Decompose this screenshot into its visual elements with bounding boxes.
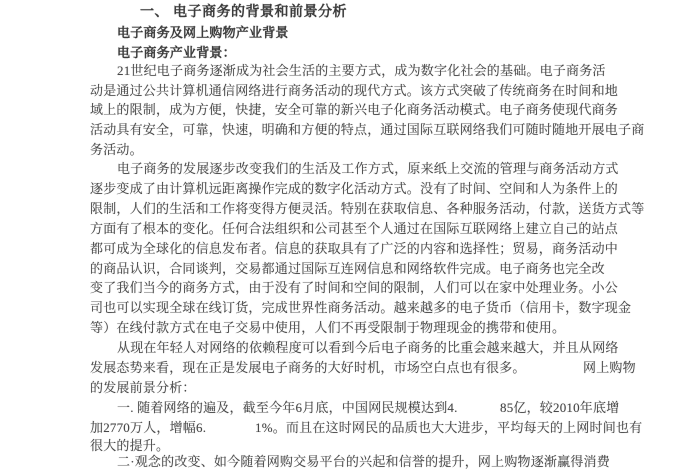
body-line: 等）在线付款方式在电子交易中使用，人们不再受限制于物理现金的携带和使用。 [90,320,565,335]
body-line: 21世纪电子商务逐渐成为社会生活的主要方式，成为数字化社会的基础。电子商务活 [117,63,606,78]
body-line-continued-segment: 85亿，较2010年底增 [500,400,619,415]
body-line: 的发展前景分析： [90,380,196,395]
body-line: 域上的限制，成为方便，快捷，安全可靠的新兴电子化商务活动模式。电子商务使现代商务 [90,102,618,117]
doc-subtitle: 电子商务及网上购物产业背景 [117,25,289,40]
body-line: 电子商务的发展逐步改变我们的生活及工作方式，原来纸上交流的管理与商务活动方式 [117,161,619,176]
body-line: 动是通过公共计算机通信网络进行商务活动的现代方式。该方式突破了传统商务在时间和地 [90,83,618,98]
body-line: 逐步变成了由计算机远距离操作完成的数字化活动方式。没有了时间、空间和人为条件上的 [90,181,618,196]
body-line: 从现在年轻人对网络的依赖程度可以看到今后电子商务的比重会越来越大，并且从网络 [117,340,619,355]
body-line: 司也可以实现全球在线订货，完成世界性商务活动。越来越多的电子货币（信用卡，数字现… [90,300,631,315]
body-line: 务活动。 [90,142,143,157]
body-line: 的商品认识，合同谈判，交易都通过国际互连网信息和网络软件完成。电子商务也完全改 [90,261,605,276]
body-line: 方面有了根本的变化。任何合法组织和公司甚至个人通过在国际互联网络上建立自己的站点 [90,221,618,236]
body-line: 活动具有安全，可靠，快速，明确和方便的特点，通过国际互联网络我们可随时随地开展电… [90,122,644,137]
body-line: 很大的提升。 [90,438,169,453]
body-line: 限制，人们的生活和工作将变得方便灵活。特别在获取信息、各种服务活动，付款，送货方… [90,201,644,216]
body-line: 发展态势来看，现在正是发展电子商务的大好时机，市场空白点也有很多。 [90,360,526,375]
body-line: 都可成为全球化的信息发布者。信息的获取具有了广泛的内容和选择性；贸易，商务活动中 [90,241,618,256]
body-line: 一. 随着网络的遍及，截至今年6月底，中国网民规模达到4. [117,400,458,415]
body-line: 变了我们当今的商务方式，由于没有了时间和空间的限制，人们可以在家中处理业务。小公 [90,280,618,295]
body-line-floating-segment: 网上购物 [583,360,636,375]
body-line: 加2770万人，增幅6. [90,420,206,435]
scanned-document-page: 一、 电子商务的背景和前景分析 电子商务及网上购物产业背景 电子商务产业背景： … [0,0,700,470]
doc-title: 一、 电子商务的背景和前景分析 [140,5,347,20]
body-line: 二·观念的改变、如今随着网购交易平台的兴起和信誉的提升，网上购物逐渐赢得消费 [117,454,610,469]
body-line-continued-segment: 1%。而且在这时网民的品质也大大进步，平均每天的上网时间也有 [255,420,642,435]
section-heading: 电子商务产业背景： [117,45,236,60]
